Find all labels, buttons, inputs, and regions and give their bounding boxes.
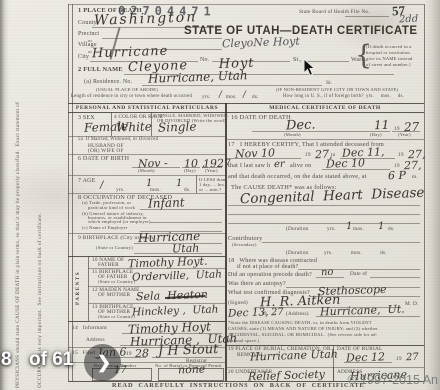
birthplace-state-label: (State or Country): [96, 246, 133, 251]
length-slash-1: /: [219, 91, 222, 100]
parents-label: PARENTS: [76, 271, 81, 305]
residence-value: Hurricane, Utah: [148, 69, 248, 84]
cause-line-3: [228, 223, 420, 224]
hospital-note-line1: [If death occurred in a: [366, 45, 411, 50]
undertaker-column-divider: [333, 367, 334, 381]
duration2-label: (Duration: [286, 251, 308, 256]
md-label: M. D.: [405, 302, 419, 307]
file-number-line: [345, 16, 389, 17]
file-number-label: State Board of Health File No.: [299, 10, 370, 15]
occupation-a-line2: particular kind of work: [88, 206, 135, 211]
father-birthplace-state-label: (State or Country): [98, 280, 135, 285]
age-slash: /: [100, 181, 104, 191]
dob-day-unit: (Day): [184, 169, 196, 174]
disease-contracted-label-line2: if not at place of death?: [237, 264, 298, 270]
attended-from-19: 19: [305, 153, 311, 158]
residence-line: [142, 85, 322, 86]
registrar-signature: J H Stout: [158, 343, 219, 358]
margin-instructions-line1: PHYSICIANS should state CAUSE OF DEATH i…: [16, 0, 21, 388]
last-saw-suffix: er: [274, 160, 285, 170]
footnote-line2: CAUSES, state (1) MEANS AND NATURE OF IN…: [228, 327, 378, 332]
last-saw-date: Dec 10: [326, 157, 365, 169]
precinct-label: Precinct: [78, 31, 99, 37]
length-units: yrs. mos. ds.: [202, 95, 259, 100]
sex-race-divider: [111, 112, 112, 136]
signature-date-19: 19: [261, 312, 267, 317]
signature-address-line: [316, 316, 420, 317]
full-name-label: 2 FULL NAME: [78, 67, 123, 73]
street-label: St.,: [293, 57, 302, 63]
dod-month-unit: (Month): [284, 133, 301, 138]
penciled-name-annotation: CleyoNe Hoyt: [222, 36, 300, 50]
file-number-note: 2dd: [399, 15, 419, 26]
duration-mos-unit: mos.: [353, 227, 364, 232]
last-saw-line: [322, 169, 390, 170]
cause-line-1: [228, 205, 420, 206]
precinct-line: [102, 38, 222, 39]
occupation-b-line3: which employed (or employer): [88, 220, 151, 225]
city-label: City: [78, 54, 89, 60]
left-column-title: PERSONAL AND STATISTICAL PARTICULARS: [72, 105, 222, 111]
birthplace-state-line: [134, 253, 222, 254]
occupation-value: Infant: [148, 196, 185, 209]
age-note-divider: [196, 175, 197, 193]
date-of-death-label: 16 DATE OF DEATH: [231, 115, 291, 121]
last-saw-label: that I last saw h: [228, 163, 270, 169]
secondary-label: (Secondary): [232, 243, 257, 248]
signature-date-year: 27: [271, 308, 284, 318]
hospital-note-line2: hospital or institution: [366, 51, 410, 56]
next-page-button[interactable]: ❯: [84, 344, 121, 381]
burial-place-value: Hurricane Utah: [250, 348, 338, 362]
race-value: White: [116, 120, 152, 133]
marital-value: Single: [158, 120, 197, 133]
document-viewer: PHYSICIANS should state CAUSE OF DEATH i…: [0, 0, 440, 390]
dod-year-unit: (Year): [398, 133, 411, 138]
duration-yrs-unit: yrs.: [327, 227, 336, 232]
duration-label: (Duration: [286, 227, 308, 232]
burial-date-19: 19: [396, 357, 402, 362]
howlong-units: yrs. mos. ds.: [366, 95, 404, 100]
dob-year-unit: (Year): [205, 169, 218, 174]
disease-contracted-line: [298, 269, 420, 270]
hospital-note-line3: give its NAME instead: [366, 57, 412, 62]
operation-label: Did an operation precede death?: [228, 272, 312, 278]
row-line-3: [68, 175, 225, 176]
length-slash-2: /: [243, 91, 246, 100]
autopsy-label: Was there an autopsy?: [228, 281, 286, 287]
read-instructions-label: READ CAREFULLY INSTRUCTIONS ON BACK OF C…: [112, 383, 365, 389]
operation-date-line: [370, 277, 420, 278]
duration-mos-value: 1: [346, 222, 353, 232]
dod-day-unit: (Day): [370, 133, 382, 138]
page-counter-current: 8: [1, 349, 12, 371]
certificate-title: STATE OF UTAH—DEATH CERTIFICATE: [184, 25, 418, 37]
footnote-line1: *State the DISEASE CAUSING DEATH, or, in…: [228, 321, 372, 326]
county-value: Washington: [94, 10, 198, 28]
informant-label: 14 Informant: [72, 326, 107, 332]
abode-note: (USUAL PLACE OF ABODE): [96, 88, 158, 93]
race-marital-divider: [151, 112, 152, 136]
occupation-a-line: [140, 209, 222, 210]
duration-ds-unit: ds.: [388, 227, 395, 232]
mouse-cursor: [303, 58, 316, 82]
mother-birthplace-value: Hinckley , Utah: [132, 304, 219, 318]
page-counter-total: of 61: [29, 349, 73, 371]
right-column-title: MEDICAL CERTIFICATE OF DEATH: [228, 105, 422, 111]
cause-of-death-value: Congenital Heart Disease: [240, 187, 425, 207]
chevron-right-icon: ❯: [97, 353, 111, 373]
death-certificate-scan[interactable]: PHYSICIANS should state CAUSE OF DEATH i…: [0, 0, 440, 390]
dob-label: 6 DATE OF BIRTH: [78, 156, 129, 162]
address-label: (Address): [286, 312, 309, 317]
row-line-2: [68, 154, 225, 155]
informant-address-label: Address: [86, 338, 105, 343]
margin-instructions-line2: OCCUPATION is very important. See instru…: [38, 0, 43, 388]
last-saw-year: 27,: [404, 160, 422, 172]
death-occurred-label: and that death occurred, on the date sta…: [228, 174, 367, 180]
length-residence-label: Length of residence in city or town wher…: [71, 95, 192, 100]
footnote-line4: ditional space.): [228, 339, 259, 344]
age-ds-value: 1: [176, 179, 183, 189]
dob-month-unit: (Month): [138, 169, 155, 174]
occupation-c-label: (c) Name of Employer: [82, 226, 127, 231]
city-value: Hurricane: [92, 45, 169, 61]
hospital-note-line4: of street and number.]: [366, 63, 411, 68]
age-label: 7 AGE: [78, 178, 96, 184]
mother-name-label-line2: OF MOTHER: [98, 293, 130, 298]
parents-divider: [88, 256, 89, 321]
cause-line-2: [228, 214, 420, 215]
burial-permit-value: none: [178, 364, 206, 376]
residence-st-label: St.: [326, 81, 332, 86]
burial-date-year: 27: [406, 353, 419, 363]
date-of-death-day: 11: [374, 119, 390, 132]
scan-edge-left: [0, 0, 9, 390]
operation-date-label: Date of: [350, 272, 367, 277]
howlong-us-label: How long in U. S., if of foreign birth?: [283, 95, 364, 100]
operation-line: [316, 277, 344, 278]
copyright-watermark: © 1997-2015 An: [347, 373, 438, 387]
burial-date-line: [344, 362, 392, 363]
duration2-units: yrs. mos. ds.: [324, 251, 387, 256]
footnote-line3: ACCIDENTAL, SUICIDAL, OR HOMICIDAL. (See…: [228, 333, 377, 338]
death-time-m-label: m.: [412, 175, 418, 180]
nonresident-note: (IF NON-RESIDENT GIVE CITY OR TOWN AND S…: [276, 88, 398, 93]
right-row-line-1: [225, 139, 424, 140]
attended-from-line: [231, 158, 301, 159]
death-time-value: 6 P: [388, 170, 406, 182]
contributory-line: [262, 242, 420, 243]
mother-birthplace-state-label: (State or Country): [98, 315, 135, 320]
occupation-b-line: [150, 222, 222, 223]
age-note-line3: or ....min.?: [199, 188, 221, 193]
dod-month-line: [252, 131, 368, 132]
signed-label: (Signed): [228, 301, 248, 306]
residence-label: (a) Residence. No.: [84, 79, 132, 85]
scan-edge-right: [425, 0, 440, 390]
attended-to-19: 19: [398, 153, 404, 158]
father-birthplace-value: Orderville, Utah: [132, 269, 222, 283]
alive-on-label: alive on: [290, 163, 311, 169]
duration-ds-value: 1: [378, 222, 385, 232]
